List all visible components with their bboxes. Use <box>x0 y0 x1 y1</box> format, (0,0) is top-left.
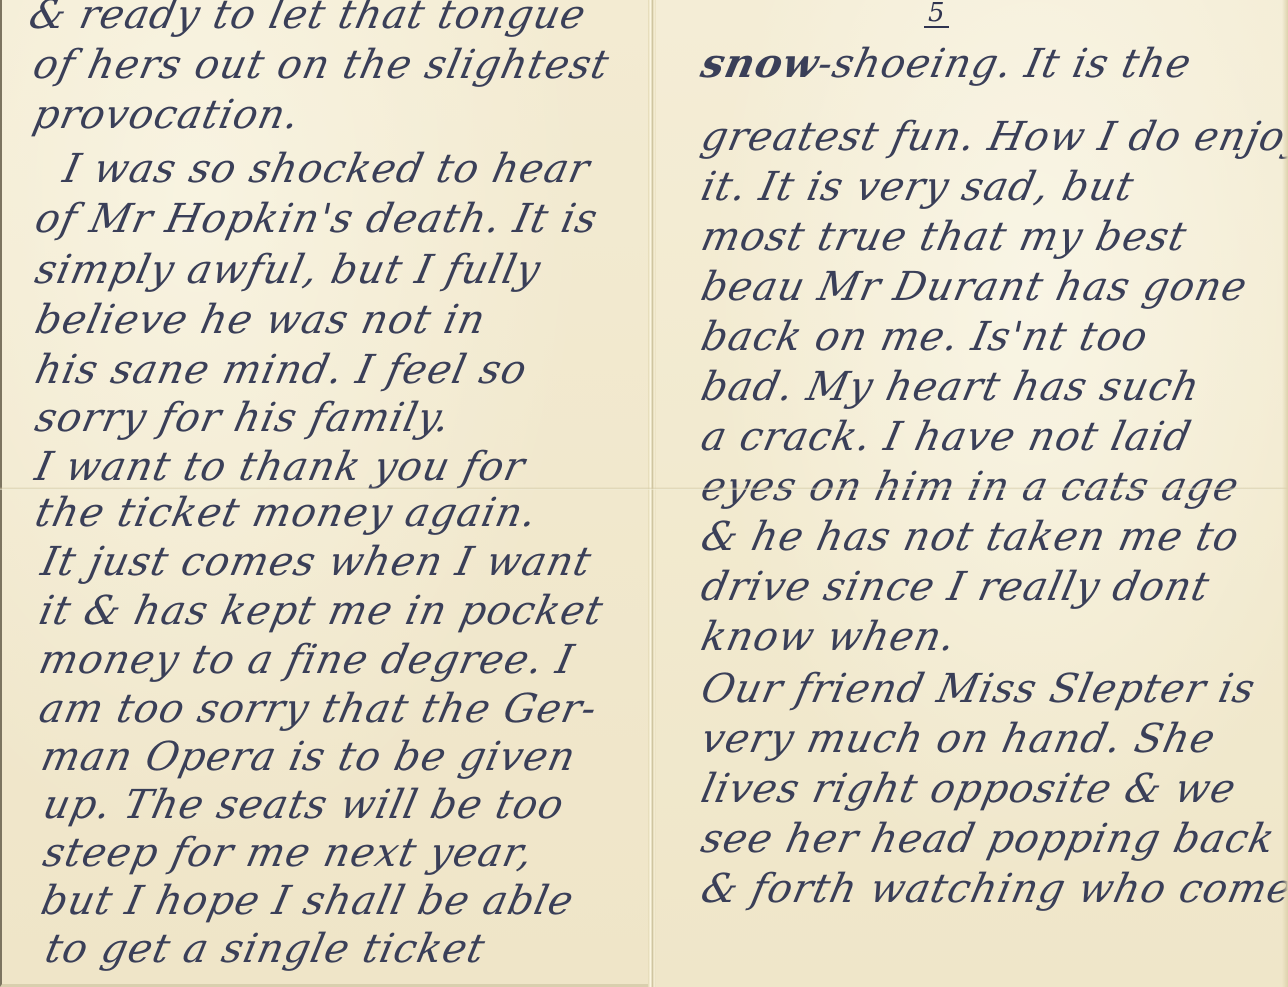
text-line: man Opera is to be given <box>37 734 580 780</box>
letter-page-right: 5 snow-shoeing. It is the greatest fun. … <box>652 0 1288 987</box>
text-line: simply awful, but I fully <box>31 247 545 293</box>
text-line: it & has kept me in pocket <box>35 588 607 634</box>
letter-spread: & ready to let that tongue of hers out o… <box>0 0 1288 987</box>
text-line: money to a fine degree. I <box>35 637 578 683</box>
text-line: believe he was not in <box>31 297 490 343</box>
text-line: bad. My heart has such <box>697 364 1204 410</box>
text-line: snow-shoeing. It is the <box>697 40 1196 87</box>
text-line: & ready to let that tongue <box>25 0 590 38</box>
text-line: It just comes when I want <box>37 539 596 585</box>
text-line: provocation. <box>29 92 304 138</box>
paper-edge <box>1282 0 1288 987</box>
text-line: & he has not taken me to <box>697 514 1244 560</box>
text-line: of hers out on the slightest <box>29 42 613 88</box>
text-line: a crack. I have not laid <box>697 414 1196 460</box>
text-line: up. The seats will be too <box>39 782 568 828</box>
text-line: it. It is very sad, but <box>697 164 1138 210</box>
text-line: sorry for his family. <box>31 395 455 441</box>
text-line: steep for me next year, <box>39 830 537 876</box>
text-line: see her head popping back <box>697 816 1279 862</box>
horizontal-fold <box>0 487 1288 490</box>
text-line: greatest fun. How I do enjoy <box>697 114 1288 160</box>
text-line: his sane mind. I feel so <box>31 347 531 393</box>
text-line: Our friend Miss Slepter is <box>697 666 1260 712</box>
text-line: am too sorry that the Ger- <box>35 686 601 732</box>
text-line: but I hope I shall be able <box>37 878 578 924</box>
letter-page-left: & ready to let that tongue of hers out o… <box>0 0 652 987</box>
text-line: & forth watching who comes <box>697 866 1288 912</box>
page-number: 5 <box>924 0 949 28</box>
center-fold <box>648 0 656 987</box>
text-line: drive since I really dont <box>697 564 1214 610</box>
text-line: I was so shocked to hear <box>59 146 594 192</box>
text-line: lives right opposite & we <box>697 766 1240 812</box>
first-line-rest: -shoeing. It is the <box>814 41 1196 87</box>
text-line: back on me. Is'nt too <box>697 314 1152 360</box>
text-line: very much on hand. She <box>697 716 1220 762</box>
text-line: of Mr Hopkin's death. It is <box>31 196 602 242</box>
text-line: to get a single ticket <box>41 926 489 972</box>
first-word: snow <box>697 40 824 87</box>
text-line: know when. <box>697 614 960 660</box>
text-line: most true that my best <box>697 214 1191 260</box>
text-line: I want to thank you for <box>31 444 529 490</box>
text-line: beau Mr Durant has gone <box>697 264 1251 310</box>
text-line: the ticket money again. <box>31 490 541 536</box>
